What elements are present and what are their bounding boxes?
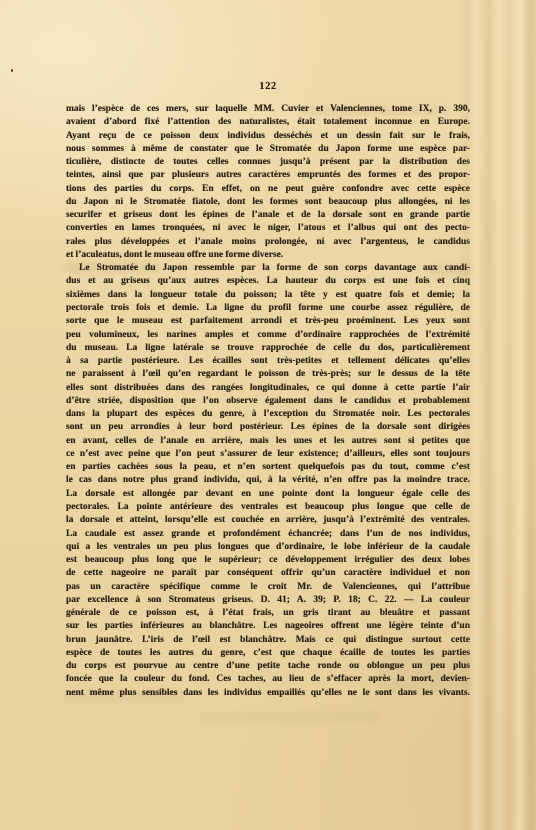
text-line: ne paraissent à l’œil qu’en regardant le… — [66, 368, 470, 381]
text-line: Le Stromatée du Japon ressemble par la f… — [66, 262, 470, 275]
text-line: d’être striée, disposition que l’on obse… — [66, 395, 470, 408]
text-line: qui a les ventrales un peu plus longues … — [66, 541, 470, 554]
text-line: le cas dans notre plus grand individu, q… — [66, 474, 470, 487]
text-line: est beaucoup plus long que le supérieur;… — [66, 554, 470, 567]
text-line: à sa partie postérieure. Les écailles so… — [66, 355, 470, 368]
text-line: du museau. La ligne latérale se trouve r… — [66, 342, 470, 355]
text-line: converties en lames tronquées, ni avec l… — [66, 222, 470, 235]
text-line: sixièmes dans la longueur totale du pois… — [66, 289, 470, 302]
text-line: du corps est pourvue au centre d’une pet… — [66, 660, 470, 673]
text-line: pectorales. La pointe antérieure des ven… — [66, 501, 470, 514]
text-line: teintes, ainsi que par plusieurs autres … — [66, 169, 470, 182]
text-line: mais l’espèce de ces mers, sur laquelle … — [66, 103, 470, 116]
text-line: dus et au griseus qu’aux autres espèces.… — [66, 275, 470, 288]
text-line: et l’aculeatus, dont le museau offre une… — [66, 249, 470, 262]
text-line: générale de ce poisson est, à l’état fra… — [66, 607, 470, 620]
text-line: La caudale est assez grande et profondém… — [66, 528, 470, 541]
text-line: la dorsale et atteint, lorsqu’elle est c… — [66, 514, 470, 527]
text-line: peu volumineux, les narines amples et co… — [66, 329, 470, 342]
text-line: pas un caractère spécifique comme le cro… — [66, 581, 470, 594]
text-line: rales plus développées et l’anale moins … — [66, 236, 470, 249]
text-line: sur les parties inférieures au blanchâtr… — [66, 620, 470, 633]
text-line: brun jaunâtre. L’iris de l’œil est blanc… — [66, 634, 470, 647]
text-line: espèce de toutes les autres du genre, c’… — [66, 647, 470, 660]
text-line: nent même plus sensibles dans les indivi… — [66, 687, 470, 700]
text-line: pectorale trois fois et demie. La ligne … — [66, 302, 470, 315]
paper-speck — [11, 69, 13, 72]
text-line: ticulière, distincte de toutes celles co… — [66, 156, 470, 169]
text-line: sorte que le museau est parfaitement arr… — [66, 315, 470, 328]
text-line: du Japon ni le Stromatée fiatole, dont l… — [66, 196, 470, 209]
text-line: foncée que la couleur du fond. Ces tache… — [66, 673, 470, 686]
text-line: securifer et griseus dont les épines de … — [66, 209, 470, 222]
book-page: 122 mais l’espèce de ces mers, sur laque… — [0, 0, 536, 830]
text-line: elles sont distribuées dans des rangées … — [66, 382, 470, 395]
text-line: sont un peu arrondies à leur bord postér… — [66, 421, 470, 434]
text-line: de cette nageoire ne paraît par conséque… — [66, 567, 470, 580]
text-line: en avant, celles de l’anale en arrière, … — [66, 435, 470, 448]
text-line: avaient d’abord fixé l’attention des nat… — [66, 116, 470, 129]
text-line: en parties cachées sous la peau, et n’en… — [66, 461, 470, 474]
text-block: mais l’espèce de ces mers, sur laquelle … — [66, 103, 470, 700]
text-line: dans la plupart des espèces du genre, à … — [66, 408, 470, 421]
text-line: nous sommes à même de constater que le S… — [66, 143, 470, 156]
page-number: 122 — [66, 81, 470, 92]
text-line: tions des parties du corps. En effet, on… — [66, 183, 470, 196]
bleed-through-artifact — [200, 712, 380, 722]
text-line: Ayant reçu de ce poisson deux individus … — [66, 130, 470, 143]
text-line: La dorsale est allongée par devant en un… — [66, 488, 470, 501]
text-line: ce n’est avec peine que l’on peut s’assu… — [66, 448, 470, 461]
text-line: par excellence à son Stromateus griseus.… — [66, 594, 470, 607]
